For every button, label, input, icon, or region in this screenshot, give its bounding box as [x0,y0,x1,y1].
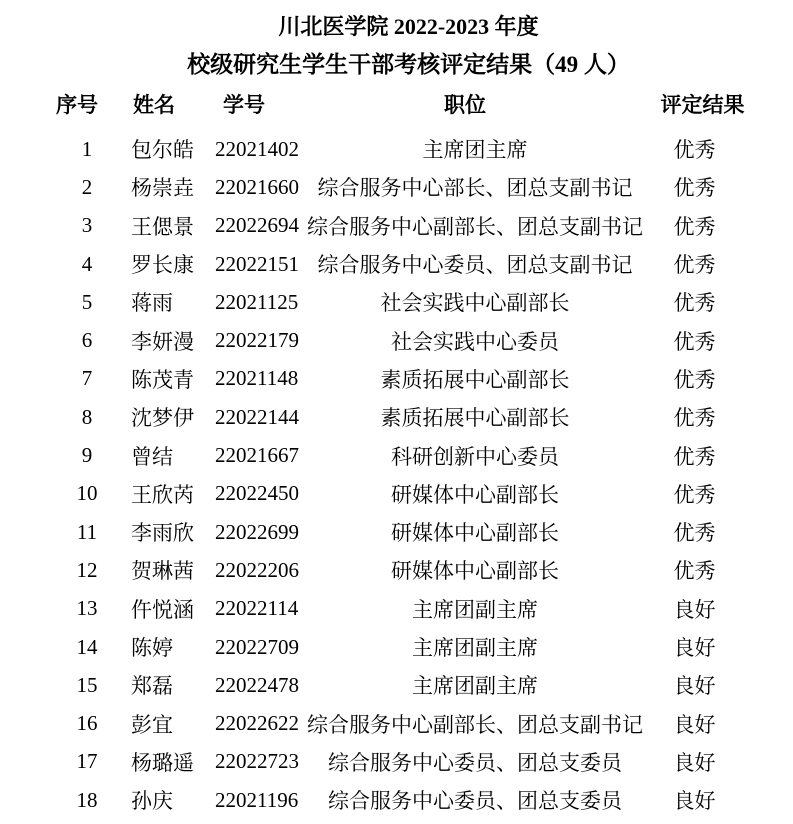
table-row: 13 仵悦涵 22022114 主席团副主席 良好 [52,590,765,628]
cell-name: 王偲景 [131,211,197,241]
cell-rating-wrap: 优秀 [648,287,763,317]
cell-no: 14 [52,635,122,660]
table-row: 11 李雨欣 22022699 研媒体中心副部长 优秀 [52,513,765,551]
table-row: 5 蒋雨 22021125 社会实践中心副部长 优秀 [52,283,765,321]
table-row: 8 沈梦伊 22022144 素质拓展中心副部长 优秀 [52,398,765,436]
document-title-line1: 川北医学院 2022-2023 年度 [52,12,765,42]
cell-name: 仵悦涵 [131,594,197,624]
header-rating-label: 评定结果 [661,89,751,119]
cell-position: 科研创新中心委员 [302,441,648,471]
cell-rating: 优秀 [674,249,738,279]
cell-no: 11 [52,520,122,545]
header-cell-no: 序号 [52,89,122,119]
cell-name-wrap: 沈梦伊 [122,402,206,432]
cell-rating: 优秀 [674,517,738,547]
cell-student-id: 22021667 [206,443,302,468]
cell-rating-wrap: 优秀 [648,479,763,509]
cell-rating-wrap: 良好 [648,632,763,662]
cell-rating-wrap: 良好 [648,709,763,739]
cell-student-id: 22022151 [206,252,302,277]
cell-no: 13 [52,596,122,621]
header-no-label: 序号 [56,89,118,119]
header-position-label: 职位 [444,89,506,119]
header-student-id-label: 学号 [223,89,285,119]
cell-rating: 优秀 [674,326,738,356]
cell-name: 曾结 [131,441,197,471]
table-row: 1 包尔皓 22021402 主席团主席 优秀 [52,130,765,168]
cell-student-id: 22022144 [206,405,302,430]
cell-rating: 优秀 [674,211,738,241]
cell-rating: 良好 [674,709,738,739]
table-row: 16 彭宜 22022622 综合服务中心副部长、团总支副书记 良好 [52,704,765,742]
cell-no: 16 [52,711,122,736]
cell-no: 9 [52,443,122,468]
cell-student-id: 22022622 [206,711,302,736]
cell-name-wrap: 陈茂青 [122,364,206,394]
cell-rating-wrap: 优秀 [648,172,763,202]
cell-rating: 良好 [674,594,738,624]
cell-rating: 良好 [674,632,738,662]
cell-student-id: 22021402 [206,137,302,162]
cell-no: 7 [52,366,122,391]
cell-name: 陈婷 [131,632,197,662]
cell-name-wrap: 李雨欣 [122,517,206,547]
table-row: 6 李妍漫 22022179 社会实践中心委员 优秀 [52,321,765,359]
table-row: 9 曾结 22021667 科研创新中心委员 优秀 [52,436,765,474]
cell-student-id: 22021196 [206,788,302,813]
cell-student-id: 22022699 [206,520,302,545]
cell-position: 综合服务中心委员、团总支委员 [302,747,648,777]
header-cell-rating: 评定结果 [648,89,763,119]
cell-rating: 优秀 [674,555,738,585]
header-name-label: 姓名 [133,89,195,119]
cell-rating-wrap: 优秀 [648,402,763,432]
cell-rating: 优秀 [674,172,738,202]
table-body: 1 包尔皓 22021402 主席团主席 优秀 2 杨崇垚 22021660 综… [52,130,765,819]
cell-position: 主席团副主席 [302,670,648,700]
table-row: 12 贺琳茜 22022206 研媒体中心副部长 优秀 [52,551,765,589]
cell-no: 8 [52,405,122,430]
cell-rating: 优秀 [674,287,738,317]
cell-no: 18 [52,788,122,813]
cell-name: 包尔皓 [131,134,197,164]
cell-name-wrap: 王偲景 [122,211,206,241]
cell-rating-wrap: 良好 [648,594,763,624]
cell-student-id: 22022206 [206,558,302,583]
cell-rating-wrap: 良好 [648,670,763,700]
table-row: 15 郑磊 22022478 主席团副主席 良好 [52,666,765,704]
cell-name: 贺琳茜 [131,555,197,585]
cell-rating-wrap: 良好 [648,747,763,777]
cell-rating-wrap: 优秀 [648,555,763,585]
cell-position: 综合服务中心委员、团总支副书记 [302,249,648,279]
cell-name-wrap: 贺琳茜 [122,555,206,585]
cell-name: 陈茂青 [131,364,197,394]
cell-no: 6 [52,328,122,353]
header-cell-student-id: 学号 [206,89,302,119]
cell-no: 10 [52,481,122,506]
cell-position: 综合服务中心委员、团总支委员 [302,785,648,815]
cell-position: 社会实践中心副部长 [302,287,648,317]
cell-rating: 优秀 [674,134,738,164]
cell-position: 社会实践中心委员 [302,326,648,356]
cell-name: 李妍漫 [131,326,197,356]
cell-name-wrap: 郑磊 [122,670,206,700]
cell-student-id: 22022709 [206,635,302,660]
cell-rating: 优秀 [674,441,738,471]
cell-position: 主席团主席 [302,134,648,164]
cell-student-id: 22022179 [206,328,302,353]
cell-rating-wrap: 优秀 [648,211,763,241]
table-row: 2 杨崇垚 22021660 综合服务中心部长、团总支副书记 优秀 [52,168,765,206]
cell-rating-wrap: 优秀 [648,441,763,471]
table-row: 18 孙庆 22021196 综合服务中心委员、团总支委员 良好 [52,781,765,819]
cell-name-wrap: 杨崇垚 [122,172,206,202]
cell-name-wrap: 李妍漫 [122,326,206,356]
cell-name-wrap: 孙庆 [122,785,206,815]
cell-name-wrap: 包尔皓 [122,134,206,164]
cell-name: 彭宜 [131,709,197,739]
cell-name-wrap: 仵悦涵 [122,594,206,624]
cell-position: 素质拓展中心副部长 [302,402,648,432]
table-row: 14 陈婷 22022709 主席团副主席 良好 [52,628,765,666]
cell-student-id: 22022114 [206,596,302,621]
cell-name: 蒋雨 [131,287,197,317]
cell-position: 研媒体中心副部长 [302,555,648,585]
cell-rating-wrap: 良好 [648,785,763,815]
cell-rating-wrap: 优秀 [648,249,763,279]
cell-no: 5 [52,290,122,315]
cell-student-id: 22022723 [206,749,302,774]
cell-no: 1 [52,137,122,162]
cell-name: 杨璐遥 [131,747,197,777]
cell-name: 沈梦伊 [131,402,197,432]
cell-no: 15 [52,673,122,698]
cell-position: 主席团副主席 [302,594,648,624]
cell-position: 素质拓展中心副部长 [302,364,648,394]
cell-no: 4 [52,252,122,277]
header-cell-position: 职位 [302,89,648,119]
cell-name: 孙庆 [131,785,197,815]
cell-rating-wrap: 优秀 [648,517,763,547]
cell-position: 研媒体中心副部长 [302,479,648,509]
table-row: 7 陈茂青 22021148 素质拓展中心副部长 优秀 [52,360,765,398]
cell-position: 综合服务中心副部长、团总支副书记 [302,211,648,241]
table-row: 3 王偲景 22022694 综合服务中心副部长、团总支副书记 优秀 [52,207,765,245]
cell-rating: 优秀 [674,479,738,509]
cell-student-id: 22021148 [206,366,302,391]
cell-student-id: 22021125 [206,290,302,315]
cell-position: 主席团副主席 [302,632,648,662]
document-title-line2: 校级研究生学生干部考核评定结果（49 人） [52,50,765,80]
cell-name-wrap: 彭宜 [122,709,206,739]
table-row: 10 王欣芮 22022450 研媒体中心副部长 优秀 [52,475,765,513]
document-page: 川北医学院 2022-2023 年度 校级研究生学生干部考核评定结果（49 人）… [0,0,793,824]
cell-rating: 良好 [674,670,738,700]
cell-name-wrap: 杨璐遥 [122,747,206,777]
cell-rating-wrap: 优秀 [648,326,763,356]
cell-no: 3 [52,213,122,238]
cell-student-id: 22022694 [206,213,302,238]
cell-position: 研媒体中心副部长 [302,517,648,547]
cell-no: 12 [52,558,122,583]
cell-rating: 优秀 [674,364,738,394]
table-header-row: 序号 姓名 学号 职位 评定结果 [52,88,765,120]
cell-name-wrap: 曾结 [122,441,206,471]
cell-name-wrap: 蒋雨 [122,287,206,317]
cell-no: 17 [52,749,122,774]
table-row: 4 罗长康 22022151 综合服务中心委员、团总支副书记 优秀 [52,245,765,283]
header-cell-name: 姓名 [122,89,206,119]
cell-student-id: 22021660 [206,175,302,200]
cell-name: 罗长康 [131,249,197,279]
cell-rating-wrap: 优秀 [648,364,763,394]
table-row: 17 杨璐遥 22022723 综合服务中心委员、团总支委员 良好 [52,743,765,781]
cell-student-id: 22022450 [206,481,302,506]
cell-name: 杨崇垚 [131,172,197,202]
cell-name: 王欣芮 [131,479,197,509]
cell-rating: 良好 [674,747,738,777]
cell-name-wrap: 陈婷 [122,632,206,662]
cell-name-wrap: 王欣芮 [122,479,206,509]
cell-name-wrap: 罗长康 [122,249,206,279]
cell-position: 综合服务中心副部长、团总支副书记 [302,709,648,739]
cell-no: 2 [52,175,122,200]
cell-rating: 良好 [674,785,738,815]
cell-student-id: 22022478 [206,673,302,698]
cell-name: 郑磊 [131,670,197,700]
cell-position: 综合服务中心部长、团总支副书记 [302,172,648,202]
cell-rating-wrap: 优秀 [648,134,763,164]
cell-rating: 优秀 [674,402,738,432]
cell-name: 李雨欣 [131,517,197,547]
